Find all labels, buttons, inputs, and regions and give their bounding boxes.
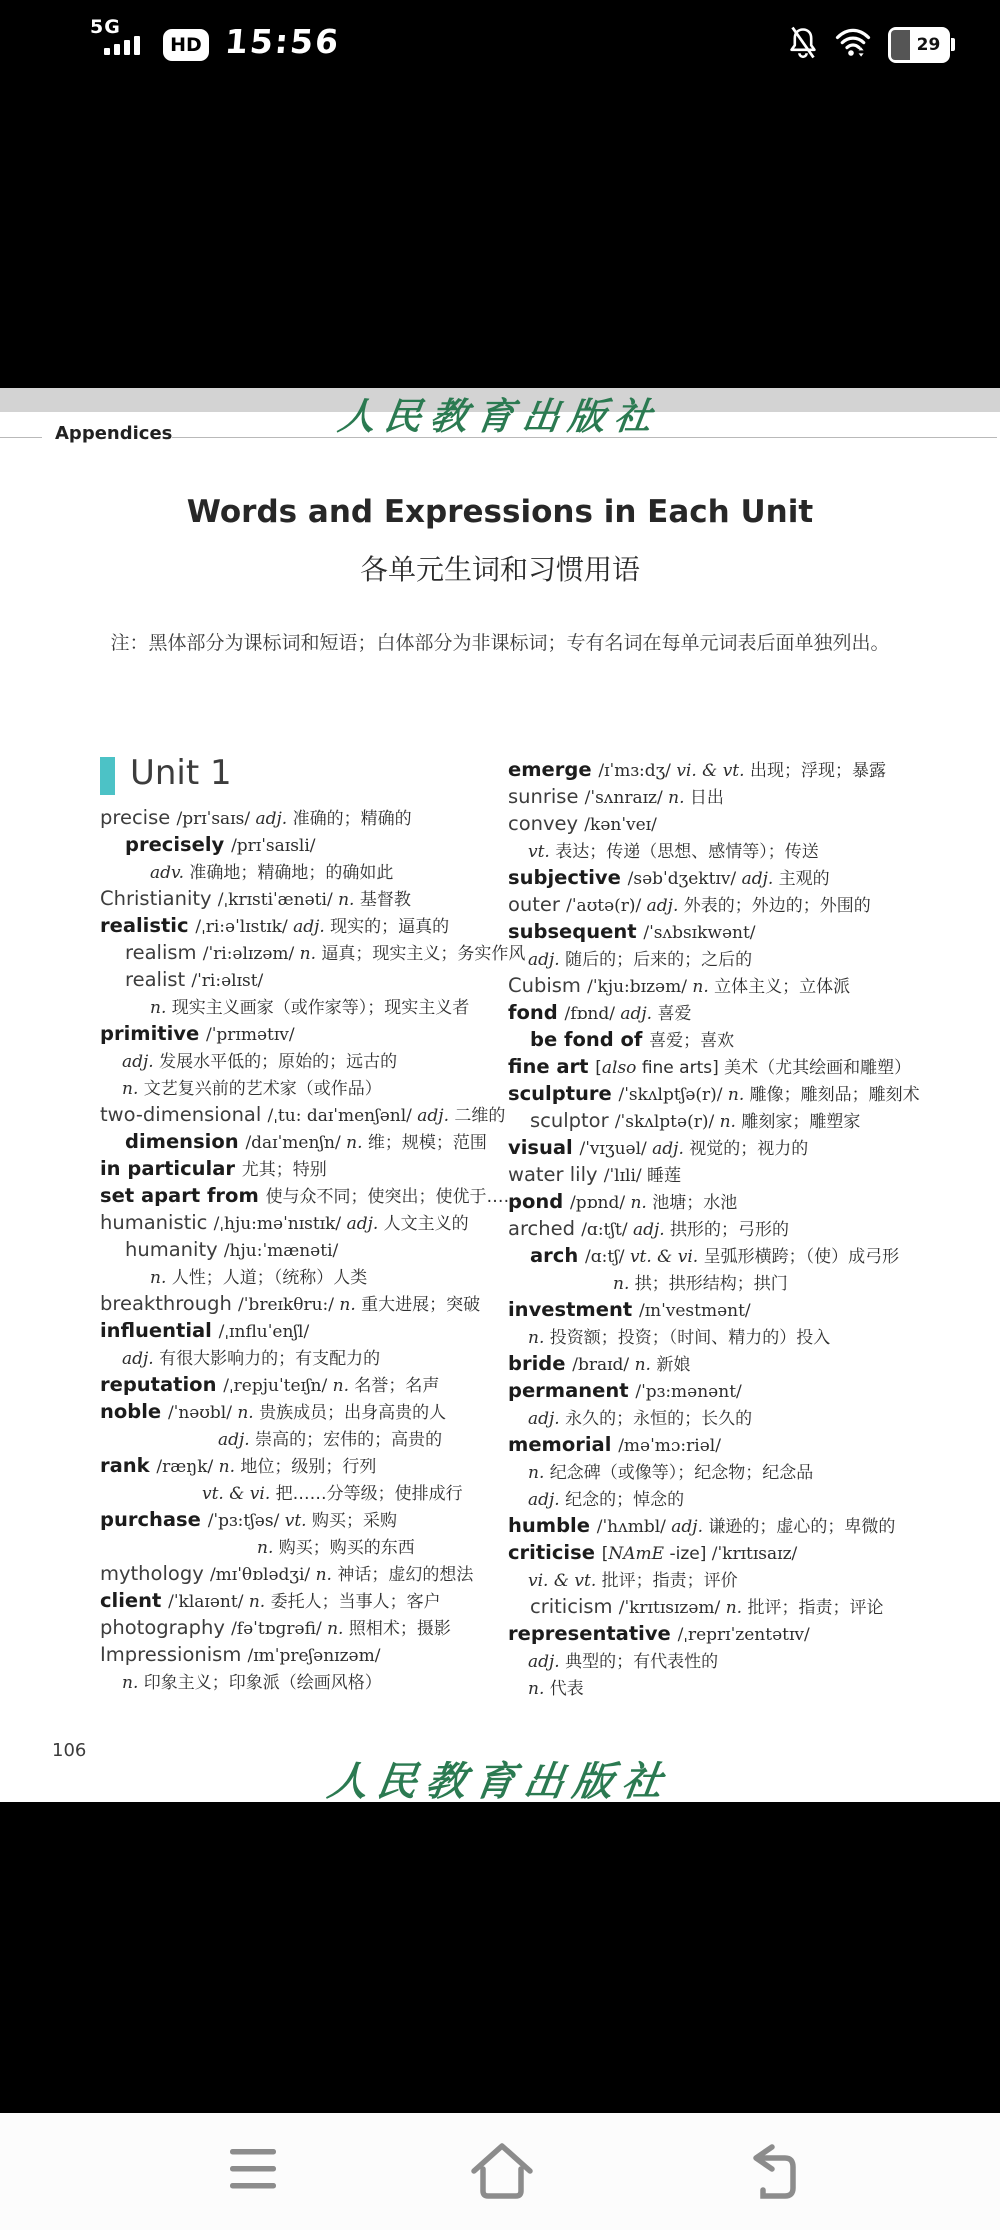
vocab-segment-w: Christianity <box>100 887 218 910</box>
vocab-segment-ph: /ˌrepjuˈteɪʃn/ <box>223 1376 332 1396</box>
vocab-segment-pos: n. <box>122 1673 138 1693</box>
vocab-segment-pos: n. <box>338 890 354 910</box>
vocab-segment-pos: adv. <box>150 863 184 883</box>
vocab-line: water lily /ˈlɪli/ 睡莲 <box>508 1161 998 1188</box>
vocab-segment-pos: adj. <box>122 1052 154 1072</box>
vocab-segment-ph: /prɪˈsaɪsli/ <box>231 836 315 856</box>
vocab-segment-cn: 发展水平低的；原始的；远古的 <box>154 1052 397 1072</box>
vocab-segment-w: Cubism <box>508 974 587 997</box>
vocab-segment-w: humanity <box>125 1238 224 1261</box>
vocab-segment-cn: 有很大影响力的；有支配力的 <box>154 1349 380 1369</box>
vocab-segment-b: fine art <box>508 1055 595 1078</box>
vocab-segment-ph: /ɪmˈpreʃənɪzəm/ <box>248 1646 381 1666</box>
vocab-segment-pos: vt. & vi. <box>630 1247 698 1267</box>
vocab-segment-w: precise <box>100 806 176 829</box>
vocab-line: bride /braɪd/ n. 新娘 <box>508 1350 998 1377</box>
vocab-segment-ph: /məˈmɔ:riəl/ <box>618 1436 721 1456</box>
vocab-line: permanent /ˈpɜ:mənənt/ <box>508 1377 998 1404</box>
vocab-segment-ph: /ˈlɪli/ <box>604 1166 647 1186</box>
vocab-segment-w: realism <box>125 941 203 964</box>
vocab-segment-cn: 购买；购买的东西 <box>273 1538 414 1558</box>
right-column: emerge /ɪˈmɜ:dʒ/ vi. & vt. 出现；浮现；暴露sunri… <box>508 756 998 1701</box>
vocab-segment-cn: 基督教 <box>354 890 410 910</box>
vocab-segment-pos: n. <box>333 1376 349 1396</box>
vocab-segment-cn: 文艺复兴前的艺术家（或作品） <box>138 1079 381 1099</box>
vocab-segment-cn: 批评；指责；评论 <box>742 1598 883 1618</box>
vocab-segment-cn: 纪念的；悼念的 <box>560 1490 684 1510</box>
vocab-segment-b: client <box>100 1589 168 1612</box>
back-icon <box>742 2186 804 2205</box>
vocab-segment-ph: /ˈbreɪkθru:/ <box>238 1295 339 1315</box>
vocab-segment-cn: 纪念碑（或像等）；纪念物；纪念品 <box>544 1463 813 1483</box>
vocab-line: n. 纪念碑（或像等）；纪念物；纪念品 <box>508 1458 998 1485</box>
vocab-line: vt. & vi. 把……分等级；使排成行 <box>100 1479 504 1506</box>
vocab-segment-b: subsequent <box>508 920 643 943</box>
vocab-segment-b: investment <box>508 1298 639 1321</box>
vocab-segment-b: subjective <box>508 866 628 889</box>
vocab-segment-ph: /ˈaʊtə(r)/ <box>566 896 647 916</box>
vocab-line: humanistic /ˌhju:məˈnɪstɪk/ adj. 人文主义的 <box>100 1209 504 1236</box>
notifications-muted-icon <box>788 26 818 64</box>
vocab-segment-ph: /ˈhʌmbl/ <box>597 1517 672 1537</box>
vocab-line: fond /fɒnd/ adj. 喜爱 <box>508 999 998 1026</box>
vocab-line: realistic /ˌri:əˈlɪstɪk/ adj. 现实的；逼真的 <box>100 912 504 939</box>
vocab-line: visual /ˈvɪʒuəl/ adj. 视觉的；视力的 <box>508 1134 998 1161</box>
vocab-line: n. 购买；购买的东西 <box>100 1533 504 1560</box>
vocab-line: breakthrough /ˈbreɪkθru:/ n. 重大进展；突破 <box>100 1290 504 1317</box>
vocab-segment-cn: 把……分等级；使排成行 <box>270 1484 462 1504</box>
vocab-segment-cn: 维；规模；范围 <box>362 1133 486 1153</box>
vocab-line: investment /ɪnˈvestmənt/ <box>508 1296 998 1323</box>
vocab-segment-pos: n. <box>327 1619 343 1639</box>
vocab-segment-ph: /fɒnd/ <box>565 1004 621 1024</box>
vocab-segment-pos: NAmE <box>608 1544 664 1564</box>
vocab-segment-ph: /ɪˈmɜ:dʒ/ <box>598 761 676 781</box>
vocab-segment-b: fond <box>508 1001 565 1024</box>
vocab-segment-pos: n. <box>316 1565 332 1585</box>
vocab-segment-ph: /ˈkju:bɪzəm/ <box>587 977 692 997</box>
vocab-segment-pos: n. <box>613 1274 629 1294</box>
vocab-segment-cn: 美术（尤其绘画和雕塑） <box>724 1058 911 1078</box>
hamburger-menu-icon <box>228 2176 278 2195</box>
vocab-line: n. 代表 <box>508 1674 998 1701</box>
vocab-segment-cn: 典型的；有代表性的 <box>560 1652 718 1672</box>
vocab-segment-ph: /ˈpɜ:tʃəs/ <box>208 1511 285 1531</box>
vocab-segment-w: outer <box>508 893 566 916</box>
vocab-segment-ph: /ˈskʌlptə(r)/ <box>615 1112 720 1132</box>
vocab-segment-cn: 谦逊的；虚心的；卑微的 <box>703 1517 895 1537</box>
vocab-segment-pos: vt. <box>528 842 550 862</box>
vocab-line: n. 印象主义；印象派（绘画风格） <box>100 1668 504 1695</box>
vocab-segment-pos: adj. <box>528 1652 560 1672</box>
vocab-segment-cn: 崇高的；宏伟的；高贵的 <box>250 1430 442 1450</box>
vocab-segment-pos: adj. <box>122 1349 154 1369</box>
vocab-segment-ph: /ɑ:tʃ/ <box>585 1247 630 1267</box>
vocab-segment-ph: /ˌkrɪstiˈænəti/ <box>218 890 338 910</box>
header-rule-right <box>172 437 997 438</box>
battery-icon: 29 <box>888 27 950 63</box>
vocab-line: primitive /ˈprɪmətɪv/ <box>100 1020 504 1047</box>
network-type-label: 5G <box>90 16 121 38</box>
vocab-segment-w: Impressionism <box>100 1643 248 1666</box>
vocab-segment-pos: n. <box>528 1328 544 1348</box>
vocab-segment-cn: 购买；采购 <box>307 1511 397 1531</box>
vocab-segment-cn: 使与众不同；使突出；使优于…… <box>266 1187 521 1207</box>
vocab-segment-cn: 委托人；当事人；客户 <box>265 1592 440 1612</box>
vocab-segment-ph: /ˈkrɪtɪsɪzəm/ <box>619 1598 726 1618</box>
vocab-segment-pos: n. <box>257 1538 273 1558</box>
vocab-segment-ph: /prɪˈsaɪs/ <box>176 809 255 829</box>
vocab-line: vt. 表达；传递（思想、感情等）；传送 <box>508 837 998 864</box>
vocab-segment-ph: /ˈpɜ:mənənt/ <box>635 1382 741 1402</box>
vocab-segment-pos: adj. <box>528 1409 560 1429</box>
vocab-segment-pos: n. <box>339 1295 355 1315</box>
vocab-segment-cn: 代表 <box>544 1679 583 1699</box>
vocab-segment-pos: adj. <box>652 1139 684 1159</box>
battery-percent: 29 <box>910 30 947 60</box>
vocab-segment-pos: adj. <box>218 1430 250 1450</box>
vocab-segment-b: in particular <box>100 1157 242 1180</box>
vocab-line: adj. 崇高的；宏伟的；高贵的 <box>100 1425 504 1452</box>
vocab-line: arched /ɑ:tʃt/ adj. 拱形的；弓形的 <box>508 1215 998 1242</box>
vocab-segment-pos: adj. <box>620 1004 652 1024</box>
vocab-segment-pos: n. <box>635 1355 651 1375</box>
vocab-segment-pos: n. <box>249 1592 265 1612</box>
status-time: 15:56 <box>223 22 341 61</box>
vocab-segment-w: water lily <box>508 1163 604 1186</box>
vocab-line: criticise [NAmE -ize] /ˈkrɪtɪsaɪz/ <box>508 1539 998 1566</box>
vocab-line: influential /ˌɪnfluˈenʃl/ <box>100 1317 504 1344</box>
vocab-line: noble /ˈnəʊbl/ n. 贵族成员；出身高贵的人 <box>100 1398 504 1425</box>
vocab-line: dimension /daɪˈmenʃn/ n. 维；规模；范围 <box>100 1128 504 1155</box>
vocab-segment-ph: /səbˈdʒektɪv/ <box>628 869 742 889</box>
vocab-segment-b: arch <box>530 1244 585 1267</box>
vocab-line: in particular 尤其；特别 <box>100 1155 504 1182</box>
vocab-segment-cn: 准确的；精确的 <box>287 809 411 829</box>
vocab-line: adv. 准确地；精确地；的确如此 <box>100 858 504 885</box>
vocab-segment-cn: 重大进展；突破 <box>356 1295 480 1315</box>
vocab-segment-ph: /fəˈtɒɡrəfi/ <box>231 1619 327 1639</box>
vocab-line: representative /ˌreprɪˈzentətɪv/ <box>508 1620 998 1647</box>
vocab-segment-ph: /ˌreprɪˈzentətɪv/ <box>678 1625 810 1645</box>
vocab-segment-w: photography <box>100 1616 231 1639</box>
left-column: precise /prɪˈsaɪs/ adj. 准确的；精确的precisely… <box>100 804 504 1695</box>
vocab-segment-w: sunrise <box>508 785 585 808</box>
vocab-segment-cn: 主观的 <box>773 869 829 889</box>
vocab-segment-w: criticism <box>530 1595 619 1618</box>
vocab-segment-b: visual <box>508 1136 580 1159</box>
wifi-icon <box>834 27 872 63</box>
vocab-segment-ph: /hju:ˈmænəti/ <box>224 1241 338 1261</box>
vocab-segment-b: bride <box>508 1352 572 1375</box>
vocab-segment-cn: 日出 <box>685 788 724 808</box>
appendices-label: Appendices <box>55 423 172 444</box>
vocab-segment-cn: 准确地；精确地；的确如此 <box>184 863 393 883</box>
vocab-segment-pos: adj. <box>528 1490 560 1510</box>
vocab-line: pond /pɒnd/ n. 池塘；水池 <box>508 1188 998 1215</box>
vocab-segment-cn: 随后的；后来的；之后的 <box>560 950 752 970</box>
home-icon <box>466 2187 538 2206</box>
vocab-segment-w: two-dimensional <box>100 1103 268 1126</box>
vocab-segment-cn: 呈弧形横跨；（使）成弓形 <box>698 1247 899 1267</box>
vocab-segment-w: sculptor <box>530 1109 615 1132</box>
vocab-segment-ph: /ˈsʌbsɪkwənt/ <box>643 923 755 943</box>
vocab-segment-b: realistic <box>100 914 195 937</box>
vocab-line: convey /kənˈveɪ/ <box>508 810 998 837</box>
vocab-segment-pl: -ize] <box>664 1544 712 1564</box>
vocab-segment-pos: vt. & vi. <box>202 1484 270 1504</box>
vocab-segment-pos: adj. <box>417 1106 449 1126</box>
vocab-segment-cn: 拱；拱形结构；拱门 <box>629 1274 787 1294</box>
vocab-segment-b: criticise <box>508 1541 602 1564</box>
vocab-segment-cn: 表达；传递（思想、感情等）；传送 <box>550 842 819 862</box>
vocab-segment-pl: [ <box>595 1058 602 1078</box>
vocab-segment-cn: 尤其；特别 <box>242 1160 327 1180</box>
vocab-segment-pos: adj. <box>647 896 679 916</box>
vocab-segment-cn: 立体主义；立体派 <box>709 977 850 997</box>
vocab-segment-pos: vi. & vt. <box>676 761 744 781</box>
vocab-line: n. 人性；人道；（统称）人类 <box>100 1263 504 1290</box>
vocab-segment-pos: adj. <box>633 1220 665 1240</box>
vocab-line: outer /ˈaʊtə(r)/ adj. 外表的；外边的；外围的 <box>508 891 998 918</box>
vocab-segment-pos: n. <box>346 1133 362 1153</box>
vocab-segment-cn: 出现；浮现；暴露 <box>745 761 886 781</box>
vocab-segment-pos: vi. & vt. <box>528 1571 596 1591</box>
vocab-segment-cn: 人性；人道；（统称）人类 <box>166 1268 367 1288</box>
vocab-line: n. 投资额；投资；（时间、精力的）投入 <box>508 1323 998 1350</box>
vocab-line: sunrise /ˈsʌnraɪz/ n. 日出 <box>508 783 998 810</box>
vocab-segment-pos: n. <box>528 1463 544 1483</box>
vocab-segment-ph: /ɑ:tʃt/ <box>581 1220 633 1240</box>
vocab-segment-ph: /ˌri:əˈlɪstɪk/ <box>195 917 293 937</box>
vocab-line: Christianity /ˌkrɪstiˈænəti/ n. 基督教 <box>100 885 504 912</box>
vocab-line: adj. 发展水平低的；原始的；远古的 <box>100 1047 504 1074</box>
unit-marker <box>100 757 115 795</box>
vocab-line: arch /ɑ:tʃ/ vt. & vi. 呈弧形横跨；（使）成弓形 <box>508 1242 998 1269</box>
vocab-line: client /ˈklaɪənt/ n. 委托人；当事人；客户 <box>100 1587 504 1614</box>
vocab-segment-b: set apart from <box>100 1184 266 1207</box>
vocab-segment-cn: 现实主义画家（或作家等）；现实主义者 <box>166 998 469 1018</box>
menu-button[interactable] <box>228 2147 278 2195</box>
vocab-segment-cn: 照相术；摄影 <box>343 1619 450 1639</box>
vocab-segment-cn: 逼真；现实主义；务实作风 <box>316 944 525 964</box>
vocab-segment-cn: 新娘 <box>651 1355 690 1375</box>
vocab-line: subsequent /ˈsʌbsɪkwənt/ <box>508 918 998 945</box>
vocab-segment-b: memorial <box>508 1433 618 1456</box>
vocab-segment-ph: /ˈklaɪənt/ <box>168 1592 249 1612</box>
signal-strength-icon <box>104 36 140 55</box>
vocab-segment-ph: /ræŋk/ <box>156 1457 218 1477</box>
vocab-segment-ph: /ˈri:əlɪzəm/ <box>203 944 300 964</box>
vocab-line: photography /fəˈtɒɡrəfi/ n. 照相术；摄影 <box>100 1614 504 1641</box>
header-rule-left <box>0 437 42 438</box>
vocab-line: adj. 纪念的；悼念的 <box>508 1485 998 1512</box>
vocab-segment-pos: n. <box>668 788 684 808</box>
vocab-line: n. 文艺复兴前的艺术家（或作品） <box>100 1074 504 1101</box>
vocab-line: fine art [also fine arts] 美术（尤其绘画和雕塑） <box>508 1053 998 1080</box>
vocab-segment-w: arched <box>508 1217 581 1240</box>
vocab-line: n. 现实主义画家（或作家等）；现实主义者 <box>100 993 504 1020</box>
vocab-segment-pos: n. <box>237 1403 253 1423</box>
vocab-segment-pos: vt. <box>285 1511 307 1531</box>
vocab-segment-pos: n. <box>300 944 316 964</box>
vocab-segment-cn: 贵族成员；出身高贵的人 <box>254 1403 446 1423</box>
vocab-segment-cn: 雕刻家；雕塑家 <box>736 1112 860 1132</box>
vocab-segment-b: emerge <box>508 758 598 781</box>
home-button[interactable] <box>466 2140 538 2206</box>
vocab-segment-pos: n. <box>726 1598 742 1618</box>
vocab-line: be fond of 喜爱；喜欢 <box>508 1026 998 1053</box>
vocab-segment-ph: /braɪd/ <box>572 1355 634 1375</box>
vocab-segment-pos: n. <box>720 1112 736 1132</box>
vocab-line: emerge /ɪˈmɜ:dʒ/ vi. & vt. 出现；浮现；暴露 <box>508 756 998 783</box>
vocab-segment-w: humanistic <box>100 1211 214 1234</box>
vocab-line: humanity /hju:ˈmænəti/ <box>100 1236 504 1263</box>
vocab-segment-b: precisely <box>125 833 231 856</box>
vocab-line: adj. 随后的；后来的；之后的 <box>508 945 998 972</box>
vocab-line: precise /prɪˈsaɪs/ adj. 准确的；精确的 <box>100 804 504 831</box>
vocab-segment-cn: 二维的 <box>449 1106 505 1126</box>
vocab-segment-b: representative <box>508 1622 678 1645</box>
vocab-segment-b: be fond of <box>530 1028 649 1051</box>
vocab-line: sculpture /ˈskʌlptʃə(r)/ n. 雕像；雕刻品；雕刻术 <box>508 1080 998 1107</box>
vocab-segment-ph: /ˈnəʊbl/ <box>168 1403 237 1423</box>
vocab-segment-ph: /ˈkrɪtɪsaɪz/ <box>712 1544 798 1564</box>
vocab-segment-b: rank <box>100 1454 156 1477</box>
vocab-segment-cn: 池塘；水池 <box>647 1193 737 1213</box>
vocab-segment-cn: 人文主义的 <box>378 1214 468 1234</box>
vocab-segment-cn: 地位；级别；行列 <box>235 1457 376 1477</box>
vocab-segment-b: purchase <box>100 1508 208 1531</box>
vocab-segment-ph: /ˌtu: daɪˈmenʃənl/ <box>268 1106 418 1126</box>
vocab-segment-ph: /ˈsʌnraɪz/ <box>585 788 668 808</box>
vocab-line: two-dimensional /ˌtu: daɪˈmenʃənl/ adj. … <box>100 1101 504 1128</box>
vocab-segment-pos: adj. <box>293 917 325 937</box>
vocab-segment-pos: adj. <box>742 869 774 889</box>
vocab-line: sculptor /ˈskʌlptə(r)/ n. 雕刻家；雕塑家 <box>508 1107 998 1134</box>
vocab-segment-w: convey <box>508 812 584 835</box>
vocab-segment-w: realist <box>125 968 191 991</box>
vocab-line: Impressionism /ɪmˈpreʃənɪzəm/ <box>100 1641 504 1668</box>
page-subtitle-cn: 各单元生词和习惯用语 <box>0 548 1000 588</box>
vocab-segment-cn: 现实的；逼真的 <box>325 917 449 937</box>
vocab-segment-cn: 雕像；雕刻品；雕刻术 <box>744 1085 919 1105</box>
vocab-segment-pl: fine arts] <box>636 1058 724 1078</box>
vocab-segment-ph: /ɪnˈvestmənt/ <box>639 1301 751 1321</box>
vocab-line: rank /ræŋk/ n. 地位；级别；行列 <box>100 1452 504 1479</box>
vocab-segment-cn: 神话；虚幻的想法 <box>332 1565 473 1585</box>
vocab-line: adj. 永久的；永恒的；长久的 <box>508 1404 998 1431</box>
vocab-segment-b: primitive <box>100 1022 206 1045</box>
vocab-segment-ph: /daɪˈmenʃn/ <box>245 1133 346 1153</box>
vocab-line: n. 拱；拱形结构；拱门 <box>508 1269 998 1296</box>
vocab-segment-ph: /ˈvɪʒuəl/ <box>580 1139 653 1159</box>
vocab-line: purchase /ˈpɜ:tʃəs/ vt. 购买；采购 <box>100 1506 504 1533</box>
vocab-segment-ph: /ˌhju:məˈnɪstɪk/ <box>214 1214 347 1234</box>
vocab-segment-cn: 投资额；投资；（时间、精力的）投入 <box>544 1328 830 1348</box>
vocab-line: realist /ˈri:əlɪst/ <box>100 966 504 993</box>
vocab-segment-pos: also <box>602 1058 637 1078</box>
vocab-line: memorial /məˈmɔ:riəl/ <box>508 1431 998 1458</box>
vocab-line: set apart from 使与众不同；使突出；使优于…… <box>100 1182 504 1209</box>
vocab-segment-cn: 印象主义；印象派（绘画风格） <box>138 1673 381 1693</box>
note-text: 注：黑体部分为课标词和短语；白体部分为非课标词；专有名词在每单元词表后面单独列出… <box>0 628 1000 655</box>
hd-badge: HD <box>163 29 209 61</box>
vocab-segment-pos: n. <box>528 1679 544 1699</box>
vocab-segment-b: humble <box>508 1514 597 1537</box>
vocab-segment-pos: n. <box>150 998 166 1018</box>
page-title: Words and Expressions in Each Unit <box>0 494 1000 530</box>
vocab-segment-ph: /kənˈveɪ/ <box>584 815 657 835</box>
vocab-segment-b: noble <box>100 1400 168 1423</box>
vocab-segment-ph: /mɪˈθɒlədʒi/ <box>210 1565 316 1585</box>
vocab-segment-b: reputation <box>100 1373 223 1396</box>
battery-cap <box>951 38 955 51</box>
vocab-line: humble /ˈhʌmbl/ adj. 谦逊的；虚心的；卑微的 <box>508 1512 998 1539</box>
vocab-segment-w: breakthrough <box>100 1292 238 1315</box>
vocab-line: mythology /mɪˈθɒlədʒi/ n. 神话；虚幻的想法 <box>100 1560 504 1587</box>
vocab-segment-pos: adj. <box>255 809 287 829</box>
vocab-line: criticism /ˈkrɪtɪsɪzəm/ n. 批评；指责；评论 <box>508 1593 998 1620</box>
vocab-segment-pos: n. <box>630 1193 646 1213</box>
vocab-segment-b: influential <box>100 1319 219 1342</box>
vocab-segment-cn: 拱形的；弓形的 <box>665 1220 789 1240</box>
vocab-segment-ph: /ˈskʌlptʃə(r)/ <box>619 1085 728 1105</box>
vocab-line: subjective /səbˈdʒektɪv/ adj. 主观的 <box>508 864 998 891</box>
phone-screen: 5G HD 15:56 <box>0 0 1000 2230</box>
vocab-line: adj. 有很大影响力的；有支配力的 <box>100 1344 504 1371</box>
vocab-segment-pos: adj. <box>347 1214 379 1234</box>
vocab-segment-b: sculpture <box>508 1082 619 1105</box>
back-button[interactable] <box>742 2143 804 2205</box>
vocab-line: reputation /ˌrepjuˈteɪʃn/ n. 名誉；名声 <box>100 1371 504 1398</box>
vocab-segment-ph: /ˌɪnfluˈenʃl/ <box>219 1322 310 1342</box>
vocab-line: vi. & vt. 批评；指责；评价 <box>508 1566 998 1593</box>
vocab-segment-pos: n. <box>728 1085 744 1105</box>
vocab-segment-b: pond <box>508 1190 570 1213</box>
vocab-segment-ph: /ˈprɪmətɪv/ <box>206 1025 295 1045</box>
vocab-segment-pos: n. <box>150 1268 166 1288</box>
vocab-segment-pos: n. <box>219 1457 235 1477</box>
vocab-segment-b: dimension <box>125 1130 245 1153</box>
vocab-segment-cn: 喜爱 <box>652 1004 691 1024</box>
vocab-segment-pos: n. <box>692 977 708 997</box>
vocab-segment-ph: /pɒnd/ <box>570 1193 630 1213</box>
vocab-line: adj. 典型的；有代表性的 <box>508 1647 998 1674</box>
vocab-segment-b: permanent <box>508 1379 635 1402</box>
vocab-line: precisely /prɪˈsaɪsli/ <box>100 831 504 858</box>
vocab-segment-cn: 视觉的；视力的 <box>684 1139 808 1159</box>
vocab-segment-pos: n. <box>122 1079 138 1099</box>
vocab-line: Cubism /ˈkju:bɪzəm/ n. 立体主义；立体派 <box>508 972 998 999</box>
vocab-segment-cn: 名誉；名声 <box>349 1376 439 1396</box>
vocab-segment-ph: /ˈri:əlɪst/ <box>191 971 263 991</box>
vocab-segment-cn: 外表的；外边的；外围的 <box>678 896 870 916</box>
vocab-segment-cn: 批评；指责；评价 <box>596 1571 737 1591</box>
battery-fill <box>891 30 910 60</box>
vocab-segment-pos: adj. <box>528 950 560 970</box>
unit-title: Unit 1 <box>130 753 232 793</box>
vocab-segment-cn: 喜爱；喜欢 <box>649 1031 734 1051</box>
vocab-line: realism /ˈri:əlɪzəm/ n. 逼真；现实主义；务实作风 <box>100 939 504 966</box>
vocab-segment-cn: 永久的；永恒的；长久的 <box>560 1409 752 1429</box>
vocab-segment-pos: adj. <box>671 1517 703 1537</box>
vocab-segment-w: mythology <box>100 1562 210 1585</box>
vocab-segment-cn: 睡莲 <box>647 1166 681 1186</box>
publisher-logo-bottom: 人民教育出版社 <box>0 1750 1000 1807</box>
